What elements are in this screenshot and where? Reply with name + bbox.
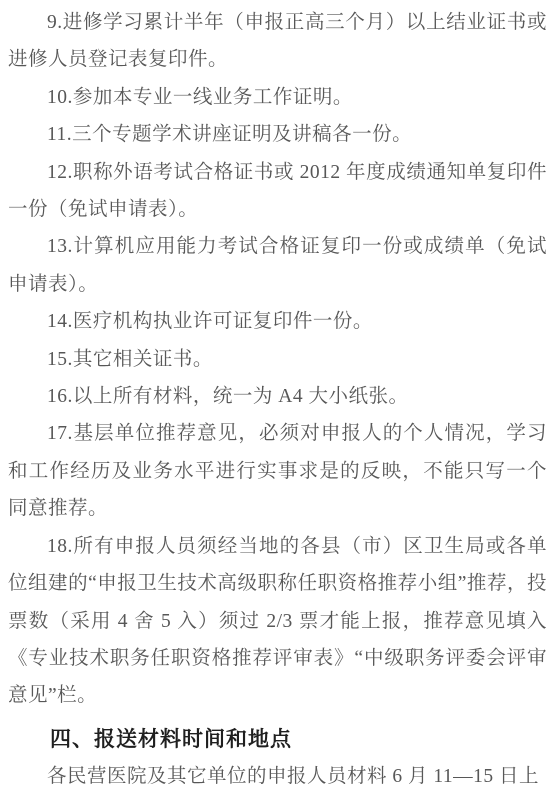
doc-paragraph-item-16: 16.以上所有材料，统一为 A4 大小纸张。 xyxy=(8,378,547,415)
doc-paragraph-submission-intro: 各民营医院及其它单位的申报人员材料 6 月 11—15 日上 xyxy=(8,758,547,795)
doc-paragraph-item-14: 14.医疗机构执业许可证复印件一份。 xyxy=(8,303,547,340)
doc-paragraph-item-10: 10.参加本专业一线业务工作证明。 xyxy=(8,79,547,116)
doc-paragraph-item-15: 15.其它相关证书。 xyxy=(8,341,547,378)
section-heading-submission-time-place: 四、报送材料时间和地点 xyxy=(8,721,547,758)
document-page: 9.进修学习累计半年（申报正高三个月）以上结业证书或进修人员登记表复印件。 10… xyxy=(0,0,557,799)
doc-paragraph-item-13: 13.计算机应用能力考试合格证复印一份或成绩单（免试申请表）。 xyxy=(8,228,547,303)
doc-paragraph-item-17: 17.基层单位推荐意见，必须对申报人的个人情况，学习和工作经历及业务水平进行实事… xyxy=(8,415,547,527)
doc-paragraph-item-18: 18.所有申报人员须经当地的各县（市）区卫生局或各单位组建的“申报卫生技术高级职… xyxy=(8,528,547,715)
doc-paragraph-item-9: 9.进修学习累计半年（申报正高三个月）以上结业证书或进修人员登记表复印件。 xyxy=(8,4,547,79)
doc-paragraph-item-11: 11.三个专题学术讲座证明及讲稿各一份。 xyxy=(8,116,547,153)
doc-paragraph-item-12: 12.职称外语考试合格证书或 2012 年度成绩通知单复印件一份（免试申请表）。 xyxy=(8,154,547,229)
